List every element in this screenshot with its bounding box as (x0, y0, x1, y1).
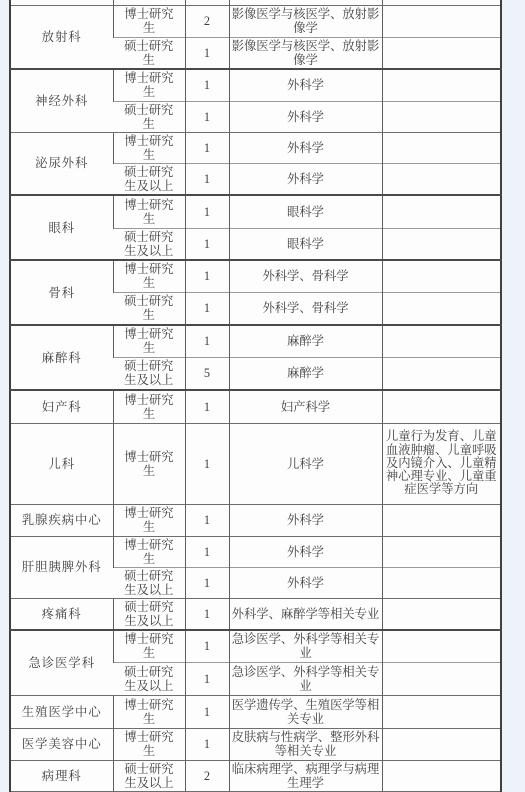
count-cell: 1 (185, 195, 229, 228)
count-cell: 1 (185, 228, 229, 260)
count-cell: 1 (185, 132, 229, 163)
table-row: 乳腺疾病中心 博士研究 生 1 外科学 (10, 504, 501, 536)
degree-cell: 硕士研究 生及以上 (113, 163, 185, 195)
count-cell: 1 (185, 101, 229, 132)
count-cell: 1 (185, 37, 229, 69)
count-cell: 1 (185, 292, 229, 325)
table-row: 病理科 硕士研究 生及以上 2 临床病理学、病理学与病理生理学 (10, 760, 501, 791)
count-cell: 1 (185, 567, 229, 598)
degree-cell: 硕士研究 生及以上 (113, 357, 185, 390)
remark-cell (382, 195, 501, 228)
dept-cell: 乳腺疾病中心 (10, 504, 113, 536)
table-row: 眼科 博士研究 生 1 眼科学 (10, 195, 501, 228)
major-cell: 眼科学 (229, 195, 382, 228)
count-cell: 1 (185, 69, 229, 101)
remark-cell (382, 760, 501, 791)
remark-cell (382, 598, 501, 630)
degree-cell: 博士研究 生 (113, 390, 185, 423)
table-row: 神经外科 博士研究 生 1 外科学 (10, 69, 501, 101)
count-cell: 1 (185, 325, 229, 357)
remark-cell (382, 567, 501, 598)
remark-cell (382, 662, 501, 695)
degree-cell: 硕士研究 生及以上 (113, 760, 185, 791)
degree-cell: 博士研究 生 (113, 69, 185, 101)
count-cell: 1 (185, 598, 229, 630)
degree-cell: 硕士研究 生 (113, 292, 185, 325)
dept-cell: 医学美容中心 (10, 728, 113, 760)
remark-cell (382, 163, 501, 195)
major-cell: 外科学 (229, 567, 382, 598)
dept-cell: 眼科 (10, 195, 113, 260)
document-page: 放射科 博士研究 生 2 影像医学与核医学、放射影像学 硕士研究 生 1 影像医… (0, 0, 525, 792)
count-cell: 1 (185, 423, 229, 504)
major-cell: 急诊医学、外科学等相关专业 (229, 662, 382, 695)
table-row: 妇产科 博士研究 生 1 妇产科学 (10, 390, 501, 423)
remark-cell (382, 5, 501, 37)
dept-cell: 泌尿外科 (10, 132, 113, 195)
remark-cell (382, 69, 501, 101)
dept-cell: 儿科 (10, 423, 113, 504)
degree-cell: 博士研究 生 (113, 423, 185, 504)
dept-cell: 急诊医学科 (10, 630, 113, 695)
count-cell: 1 (185, 260, 229, 292)
table-row: 骨科 博士研究 生 1 外科学、骨科学 (10, 260, 501, 292)
dept-cell: 肝胆胰脾外科 (10, 536, 113, 598)
major-cell: 外科学、骨科学 (229, 292, 382, 325)
table-row: 疼痛科 硕士研究 生及以上 1 外科学、麻醉学等相关专业 (10, 598, 501, 630)
dept-cell: 骨科 (10, 260, 113, 325)
count-cell: 1 (185, 630, 229, 662)
major-cell: 临床病理学、病理学与病理生理学 (229, 760, 382, 791)
major-cell: 外科学 (229, 132, 382, 163)
degree-cell: 博士研究 生 (113, 325, 185, 357)
table-row: 医学美容中心 博士研究 生 1 皮肤病与性病学、整形外科等相关专业 (10, 728, 501, 760)
remark-cell (382, 728, 501, 760)
degree-cell: 硕士研究 生及以上 (113, 598, 185, 630)
major-cell: 影像医学与核医学、放射影像学 (229, 37, 382, 69)
table-row: 泌尿外科 博士研究 生 1 外科学 (10, 132, 501, 163)
count-cell: 2 (185, 5, 229, 37)
dept-cell: 神经外科 (10, 69, 113, 132)
count-cell: 1 (185, 695, 229, 728)
remark-cell (382, 260, 501, 292)
table-row: 生殖医学中心 博士研究 生 1 医学遗传学、生殖医学等相关专业 (10, 695, 501, 728)
degree-cell: 博士研究 生 (113, 536, 185, 567)
degree-cell: 博士研究 生 (113, 5, 185, 37)
remark-cell (382, 630, 501, 662)
major-cell: 外科学 (229, 163, 382, 195)
table-row: 放射科 博士研究 生 2 影像医学与核医学、放射影像学 (10, 5, 501, 37)
degree-cell: 博士研究 生 (113, 695, 185, 728)
dept-cell: 生殖医学中心 (10, 695, 113, 728)
major-cell: 外科学 (229, 69, 382, 101)
major-cell: 外科学 (229, 536, 382, 567)
count-cell: 1 (185, 728, 229, 760)
count-cell: 2 (185, 760, 229, 791)
dept-cell: 疼痛科 (10, 598, 113, 630)
major-cell: 影像医学与核医学、放射影像学 (229, 5, 382, 37)
table-row: 麻醉科 博士研究 生 1 麻醉学 (10, 325, 501, 357)
dept-cell: 麻醉科 (10, 325, 113, 390)
dept-cell: 妇产科 (10, 390, 113, 423)
major-cell: 妇产科学 (229, 390, 382, 423)
remark-cell (382, 292, 501, 325)
remark-cell (382, 325, 501, 357)
remark-cell (382, 504, 501, 536)
degree-cell: 博士研究 生 (113, 504, 185, 536)
count-cell: 5 (185, 357, 229, 390)
degree-cell: 博士研究 生 (113, 195, 185, 228)
remark-cell (382, 228, 501, 260)
remark-cell (382, 695, 501, 728)
major-cell: 外科学、骨科学 (229, 260, 382, 292)
remark-cell (382, 536, 501, 567)
table-row: 儿科 博士研究 生 1 儿科学 儿童行为发育、儿童血液肿瘤、儿童呼吸及内镜介入、… (10, 423, 501, 504)
major-cell: 眼科学 (229, 228, 382, 260)
degree-cell: 硕士研究 生及以上 (113, 228, 185, 260)
major-cell: 麻醉学 (229, 325, 382, 357)
major-cell: 麻醉学 (229, 357, 382, 390)
dept-cell: 病理科 (10, 760, 113, 791)
major-cell: 外科学 (229, 101, 382, 132)
count-cell: 1 (185, 662, 229, 695)
table-row: 肝胆胰脾外科 博士研究 生 1 外科学 (10, 536, 501, 567)
major-cell: 外科学 (229, 504, 382, 536)
remark-cell (382, 37, 501, 69)
remark-cell (382, 101, 501, 132)
remark-cell (382, 357, 501, 390)
degree-cell: 硕士研究 生 (113, 37, 185, 69)
remark-cell (382, 132, 501, 163)
degree-cell: 硕士研究 生及以上 (113, 662, 185, 695)
degree-cell: 硕士研究 生 (113, 101, 185, 132)
major-cell: 儿科学 (229, 423, 382, 504)
degree-cell: 博士研究 生 (113, 132, 185, 163)
remark-cell (382, 390, 501, 423)
major-cell: 急诊医学、外科学等相关专业 (229, 630, 382, 662)
major-cell: 外科学、麻醉学等相关专业 (229, 598, 382, 630)
count-cell: 1 (185, 536, 229, 567)
degree-cell: 博士研究 生 (113, 728, 185, 760)
count-cell: 1 (185, 390, 229, 423)
degree-cell: 博士研究 生 (113, 260, 185, 292)
dept-cell: 放射科 (10, 5, 113, 69)
remark-cell: 儿童行为发育、儿童血液肿瘤、儿童呼吸及内镜介入、儿童精神心理专业、儿童重症医学等… (382, 423, 501, 504)
degree-cell: 硕士研究 生及以上 (113, 567, 185, 598)
major-cell: 医学遗传学、生殖医学等相关专业 (229, 695, 382, 728)
count-cell: 1 (185, 504, 229, 536)
count-cell: 1 (185, 163, 229, 195)
degree-cell: 博士研究 生 (113, 630, 185, 662)
table-row: 急诊医学科 博士研究 生 1 急诊医学、外科学等相关专业 (10, 630, 501, 662)
major-cell: 皮肤病与性病学、整形外科等相关专业 (229, 728, 382, 760)
recruitment-table: 放射科 博士研究 生 2 影像医学与核医学、放射影像学 硕士研究 生 1 影像医… (9, 0, 502, 792)
